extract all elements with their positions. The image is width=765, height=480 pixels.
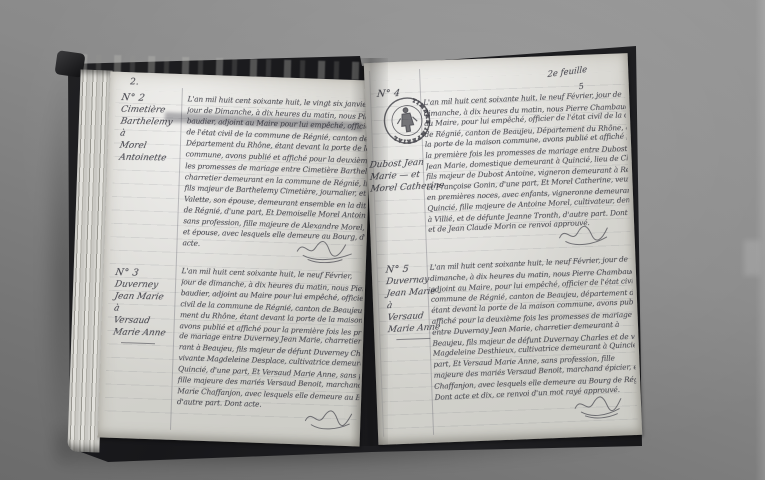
corner-number: 5 — [578, 82, 584, 92]
margin-name-line: Antoinette — [118, 152, 195, 165]
page-number: 2. — [130, 77, 139, 87]
signature-flourish — [573, 391, 626, 419]
photo-of-register: 2. N° 2 CimetièreBarthelemyàMorelAntoine… — [0, 0, 765, 480]
entry-2-margin: N° 2 CimetièreBarthelemyàMorelAntoinette — [119, 92, 195, 166]
entry-2-body: L'an mil huit cent soixante huit, le vin… — [182, 93, 369, 259]
signature-flourish — [303, 406, 356, 432]
right-page: 2e feuille 5 N° 4 TIMBRE IMPERIAL Dubost… — [364, 53, 642, 445]
entry-3-margin-names: DuverneyJean MarieàVersaudMarie Anne — [113, 278, 189, 341]
signature-flourish — [556, 222, 613, 248]
entry-2-margin-names: CimetièreBarthelemyàMorelAntoinette — [119, 103, 195, 166]
margin-name-line: Marie Anne — [112, 326, 189, 339]
entry-4-body: L'an mil huit cent soixante huit, le neu… — [423, 90, 630, 240]
background-light-patch — [744, 240, 760, 276]
entry-5-body: L'an mil huit cent soixante huit, le neu… — [429, 255, 636, 409]
left-page: 2. N° 2 CimetièreBarthelemyàMorelAntoine… — [98, 72, 373, 447]
entry-3-margin: N° 3 DuverneyJean MarieàVersaudMarie Ann… — [113, 267, 190, 346]
center-gutter-shadow — [350, 58, 388, 446]
signature-flourish — [294, 236, 357, 264]
entry-3-body: L'an mil huit cent soixante huit, le neu… — [177, 266, 364, 420]
